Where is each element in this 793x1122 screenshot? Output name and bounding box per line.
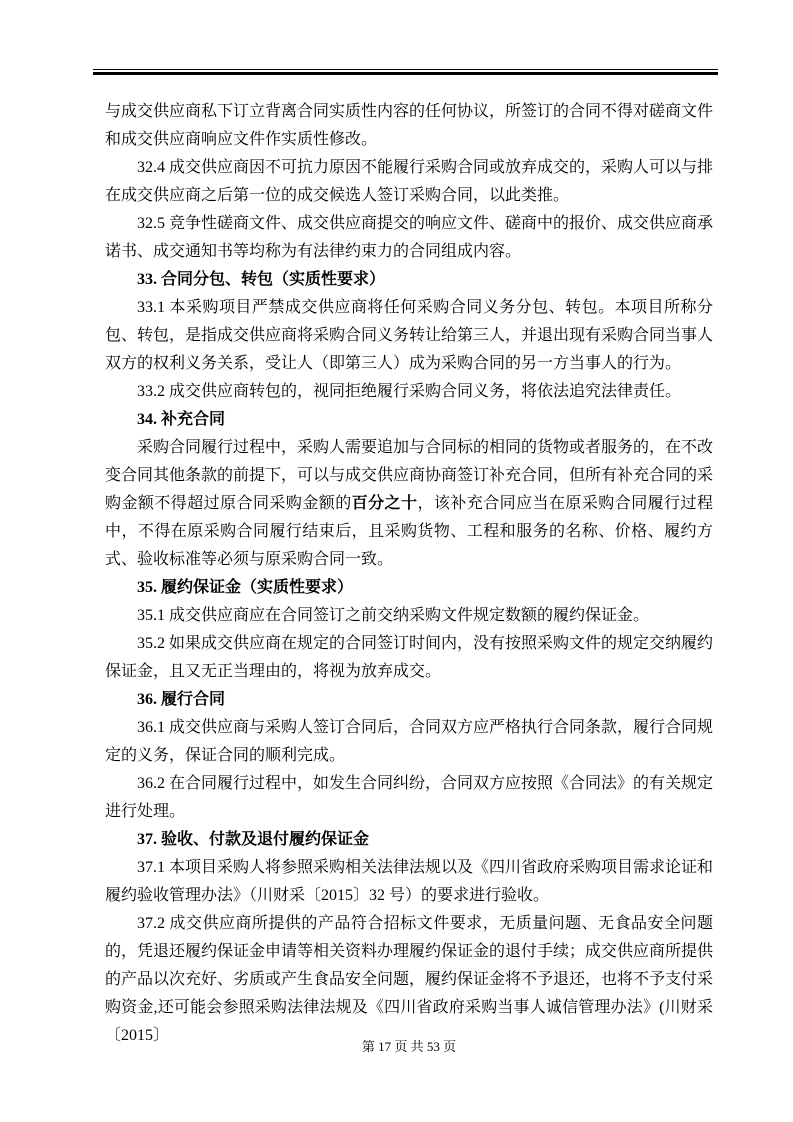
paragraph: 采购合同履行过程中，采购人需要追加与合同标的相同的货物或者服务的，在不改变合同其… (105, 434, 713, 574)
text-run: 37.1 本项目采购人将参照采购相关法律法规以及《四川省政府采购项目需求论证和履… (105, 859, 713, 904)
paragraph: 与成交供应商私下订立背离合同实质性内容的任何协议，所签订的合同不得对磋商文件和成… (105, 98, 713, 154)
text-run: 36.2 在合同履行过程中，如发生合同纠纷，合同双方应按照《合同法》的有关规定进… (105, 775, 713, 820)
text-run: 34. 补充合同 (137, 411, 225, 428)
text-run: 百分之十 (352, 495, 418, 512)
section-heading: 33. 合同分包、转包（实质性要求） (105, 266, 713, 294)
paragraph: 35.1 成交供应商应在合同签订之前交纳采购文件规定数额的履约保证金。 (105, 602, 713, 630)
paragraph: 32.4 成交供应商因不可抗力原因不能履行采购合同或放弃成交的，采购人可以与排在… (105, 154, 713, 210)
text-run: 32.5 竞争性磋商文件、成交供应商提交的响应文件、磋商中的报价、成交供应商承诺… (105, 215, 713, 260)
page-number-text: 第 17 页 共 53 页 (362, 1039, 456, 1054)
paragraph: 37.1 本项目采购人将参照采购相关法律法规以及《四川省政府采购项目需求论证和履… (105, 854, 713, 910)
text-run: 33.2 成交供应商转包的，视同拒绝履行采购合同义务，将依法追究法律责任。 (137, 383, 681, 400)
text-run: 与成交供应商私下订立背离合同实质性内容的任何协议，所签订的合同不得对磋商文件和成… (105, 103, 713, 148)
text-run: 35.2 如果成交供应商在规定的合同签订时间内，没有按照采购文件的规定交纳履约保… (105, 635, 713, 680)
paragraph: 35.2 如果成交供应商在规定的合同签订时间内，没有按照采购文件的规定交纳履约保… (105, 630, 713, 686)
paragraph: 33.1 本采购项目严禁成交供应商将任何采购合同义务分包、转包。本项目所称分包、… (105, 294, 713, 378)
text-run: 37. 验收、付款及退付履约保证金 (137, 831, 369, 848)
page-footer: 第 17 页 共 53 页 (105, 1038, 713, 1056)
section-heading: 35. 履约保证金（实质性要求） (105, 574, 713, 602)
paragraph: 32.5 竞争性磋商文件、成交供应商提交的响应文件、磋商中的报价、成交供应商承诺… (105, 210, 713, 266)
section-heading: 37. 验收、付款及退付履约保证金 (105, 826, 713, 854)
document-body: 与成交供应商私下订立背离合同实质性内容的任何协议，所签订的合同不得对磋商文件和成… (105, 98, 713, 1050)
paragraph: 36.1 成交供应商与采购人签订合同后，合同双方应严格执行合同条款，履行合同规定… (105, 714, 713, 770)
header-rule (93, 69, 718, 75)
text-run: 35. 履约保证金（实质性要求） (137, 579, 353, 596)
text-run: 33. 合同分包、转包（实质性要求） (137, 271, 385, 288)
text-run: 37.2 成交供应商所提供的产品符合招标文件要求，无质量问题、无食品安全问题的，… (105, 915, 713, 1044)
text-run: 33.1 本采购项目严禁成交供应商将任何采购合同义务分包、转包。本项目所称分包、… (105, 299, 713, 372)
section-heading: 34. 补充合同 (105, 406, 713, 434)
document-page: 与成交供应商私下订立背离合同实质性内容的任何协议，所签订的合同不得对磋商文件和成… (0, 0, 793, 1122)
section-heading: 36. 履行合同 (105, 686, 713, 714)
text-run: 35.1 成交供应商应在合同签订之前交纳采购文件规定数额的履约保证金。 (137, 607, 649, 624)
text-run: 32.4 成交供应商因不可抗力原因不能履行采购合同或放弃成交的，采购人可以与排在… (105, 159, 713, 204)
paragraph: 36.2 在合同履行过程中，如发生合同纠纷，合同双方应按照《合同法》的有关规定进… (105, 770, 713, 826)
paragraph: 37.2 成交供应商所提供的产品符合招标文件要求，无质量问题、无食品安全问题的，… (105, 910, 713, 1050)
header-rule-thick-line (93, 72, 718, 75)
text-run: 36.1 成交供应商与采购人签订合同后，合同双方应严格执行合同条款，履行合同规定… (105, 719, 713, 764)
paragraph: 33.2 成交供应商转包的，视同拒绝履行采购合同义务，将依法追究法律责任。 (105, 378, 713, 406)
text-run: 36. 履行合同 (137, 691, 225, 708)
